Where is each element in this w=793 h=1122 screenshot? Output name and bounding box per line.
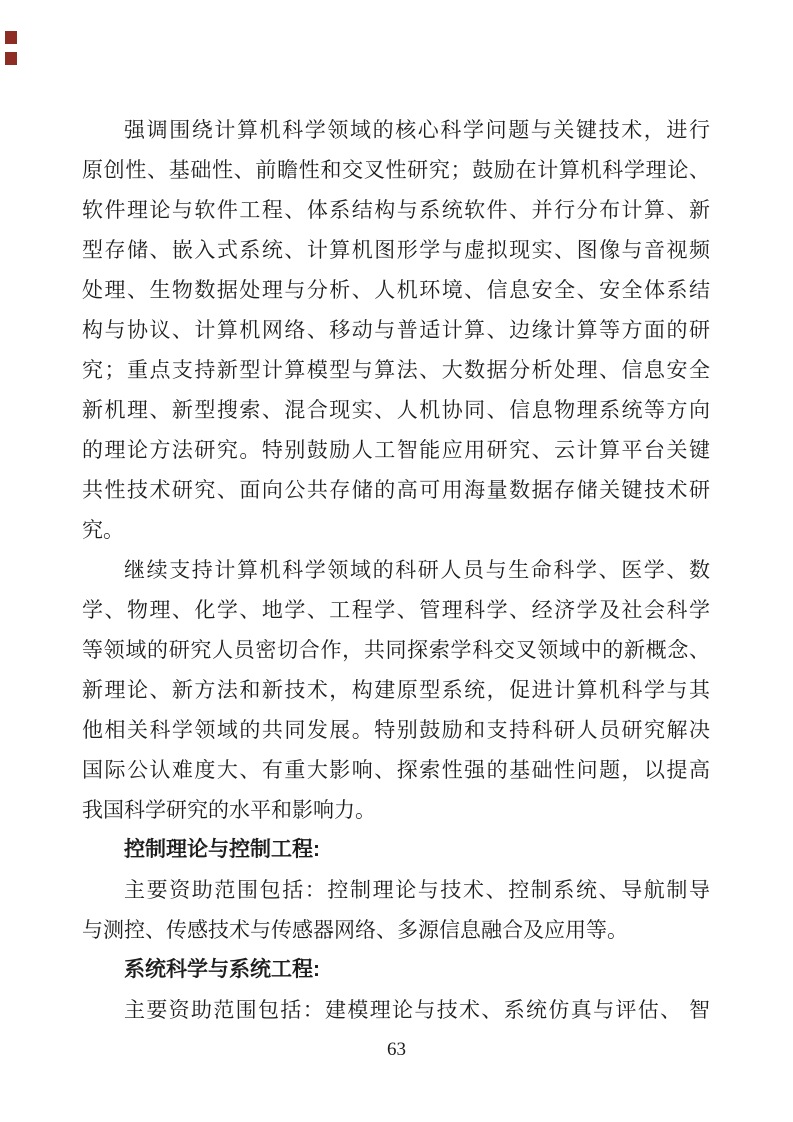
paragraph: 主要资助范围包括：控制理论与技术、控制系统、导航制导与测控、传感技术与传感器网络… (82, 870, 710, 950)
text-line: 学、物理、化学、地学、工程学、管理科学、经济学及社会科学 (82, 590, 710, 630)
text-line: 究。 (82, 510, 710, 550)
text-line: 型存储、嵌入式系统、计算机图形学与虚拟现实、图像与音视频 (82, 230, 710, 270)
text-line: 软件理论与软件工程、体系结构与系统软件、并行分布计算、新 (82, 190, 710, 230)
paragraph: 强调围绕计算机科学领域的核心科学问题与关键技术，进行原创性、基础性、前瞻性和交叉… (82, 110, 710, 550)
text-line: 与测控、传感技术与传感器网络、多源信息融合及应用等。 (82, 910, 710, 950)
paragraph: 继续支持计算机科学领域的科研人员与生命科学、医学、数学、物理、化学、地学、工程学… (82, 550, 710, 830)
text-line: 主要资助范围包括：建模理论与技术、系统仿真与评估、 智 (82, 990, 710, 1030)
text-line: 等领域的研究人员密切合作，共同探索学科交叉领域中的新概念、 (82, 630, 710, 670)
text-line: 原创性、基础性、前瞻性和交叉性研究；鼓励在计算机科学理论、 (82, 150, 710, 190)
text-line: 我国科学研究的水平和影响力。 (82, 790, 710, 830)
section-heading: 系统科学与系统工程: (82, 950, 710, 990)
text-line: 的理论方法研究。特别鼓励人工智能应用研究、云计算平台关键 (82, 430, 710, 470)
page-number: 63 (0, 1038, 793, 1062)
text-line: 继续支持计算机科学领域的科研人员与生命科学、医学、数 (82, 550, 710, 590)
text-line: 新理论、新方法和新技术，构建原型系统，促进计算机科学与其 (82, 670, 710, 710)
section-heading: 控制理论与控制工程: (82, 830, 710, 870)
document-page: 强调围绕计算机科学领域的核心科学问题与关键技术，进行原创性、基础性、前瞻性和交叉… (0, 0, 793, 1122)
text-line: 处理、生物数据处理与分析、人机环境、信息安全、安全体系结 (82, 270, 710, 310)
text-line: 他相关科学领域的共同发展。特别鼓励和支持科研人员研究解决 (82, 710, 710, 750)
text-line: 共性技术研究、面向公共存储的高可用海量数据存储关键技术研 (82, 470, 710, 510)
text-line: 构与协议、计算机网络、移动与普适计算、边缘计算等方面的研 (82, 310, 710, 350)
text-line: 主要资助范围包括：控制理论与技术、控制系统、导航制导 (82, 870, 710, 910)
text-line: 强调围绕计算机科学领域的核心科学问题与关键技术，进行 (82, 110, 710, 150)
page-edge-mark (5, 52, 17, 65)
text-block: 强调围绕计算机科学领域的核心科学问题与关键技术，进行原创性、基础性、前瞻性和交叉… (82, 110, 710, 1030)
paragraph: 主要资助范围包括：建模理论与技术、系统仿真与评估、 智 (82, 990, 710, 1030)
page-edge-mark (5, 31, 17, 44)
text-line: 国际公认难度大、有重大影响、探索性强的基础性问题，以提高 (82, 750, 710, 790)
heading-line: 控制理论与控制工程: (82, 830, 710, 870)
heading-line: 系统科学与系统工程: (82, 950, 710, 990)
text-line: 究；重点支持新型计算模型与算法、大数据分析处理、信息安全 (82, 350, 710, 390)
text-line: 新机理、新型搜索、混合现实、人机协同、信息物理系统等方向 (82, 390, 710, 430)
